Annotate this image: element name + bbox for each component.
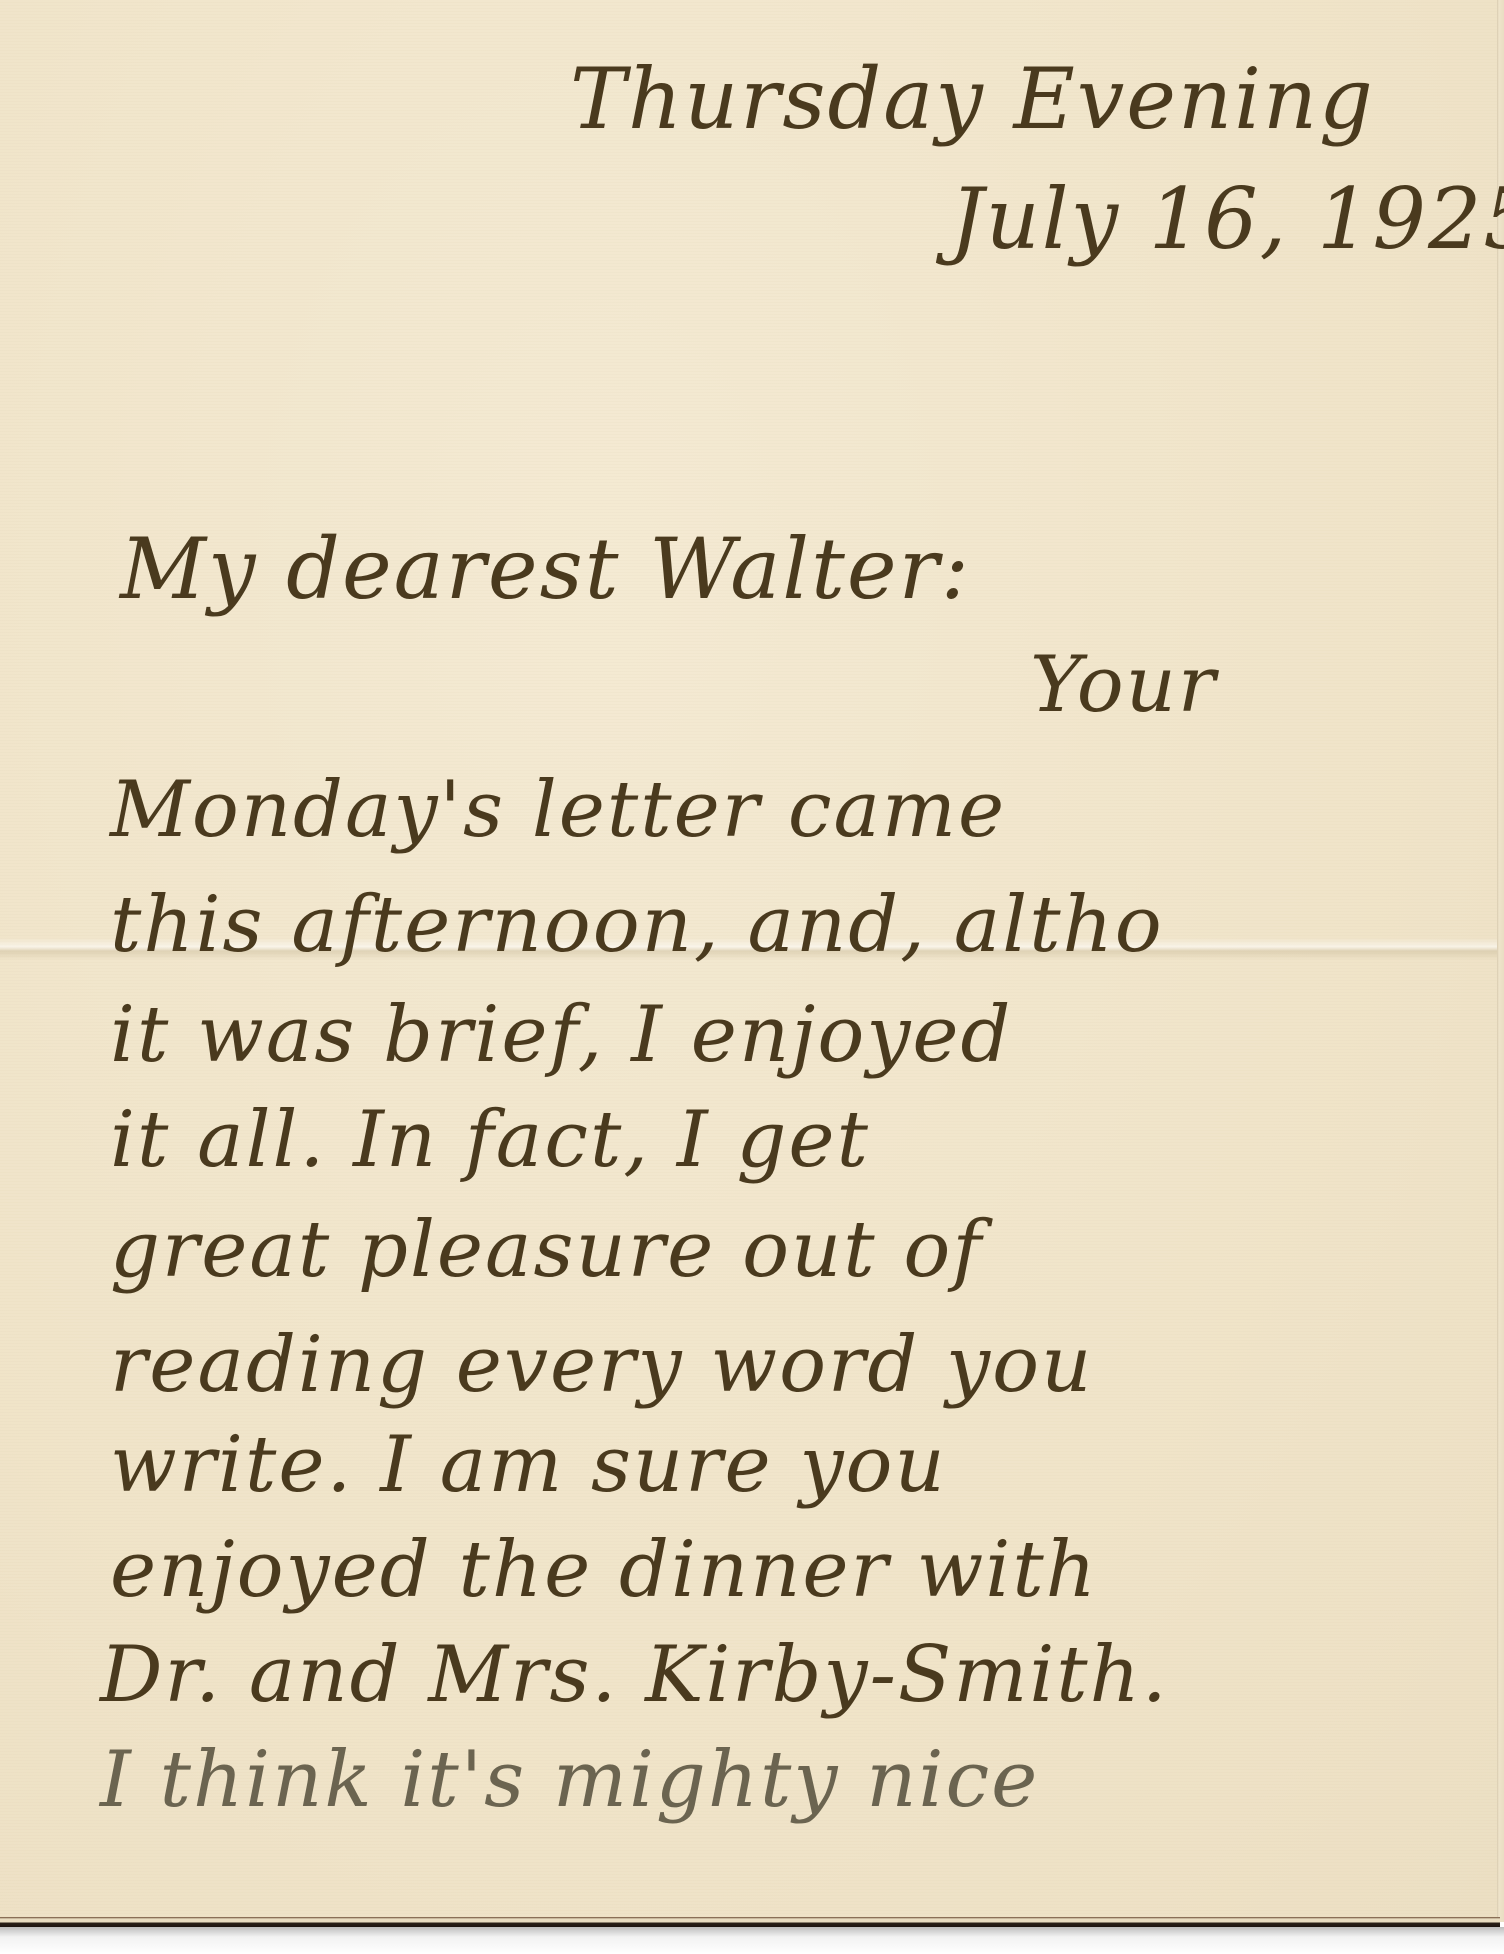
letter-salutation: My dearest Walter: [120, 520, 971, 618]
letter-line-7: reading every word you [110, 1320, 1093, 1410]
letter-line-11: I think it's mighty nice [100, 1735, 1039, 1825]
letter-line-9: enjoyed the dinner with [110, 1525, 1098, 1615]
letter-line-3: this afternoon, and, altho [110, 880, 1164, 970]
letter-line-1: Your [1030, 640, 1217, 730]
letter-line-6: great pleasure out of [110, 1205, 983, 1295]
letter-line-8: write. I am sure you [110, 1420, 947, 1510]
letter-line-10: Dr. and Mrs. Kirby-Smith. [100, 1630, 1169, 1720]
letter-line-2: Monday's letter came [110, 765, 1006, 855]
paper-right-edge [1497, 0, 1504, 1922]
letter-line-4: it was brief, I enjoyed [110, 990, 1012, 1080]
letter-date: July 16, 1925. [950, 170, 1504, 268]
letter-line-5: it all. In fact, I get [110, 1095, 870, 1185]
underlying-page-edge [0, 1917, 1500, 1927]
scan-background [0, 1927, 1504, 1954]
letter-day-heading: Thursday Evening [570, 50, 1375, 148]
